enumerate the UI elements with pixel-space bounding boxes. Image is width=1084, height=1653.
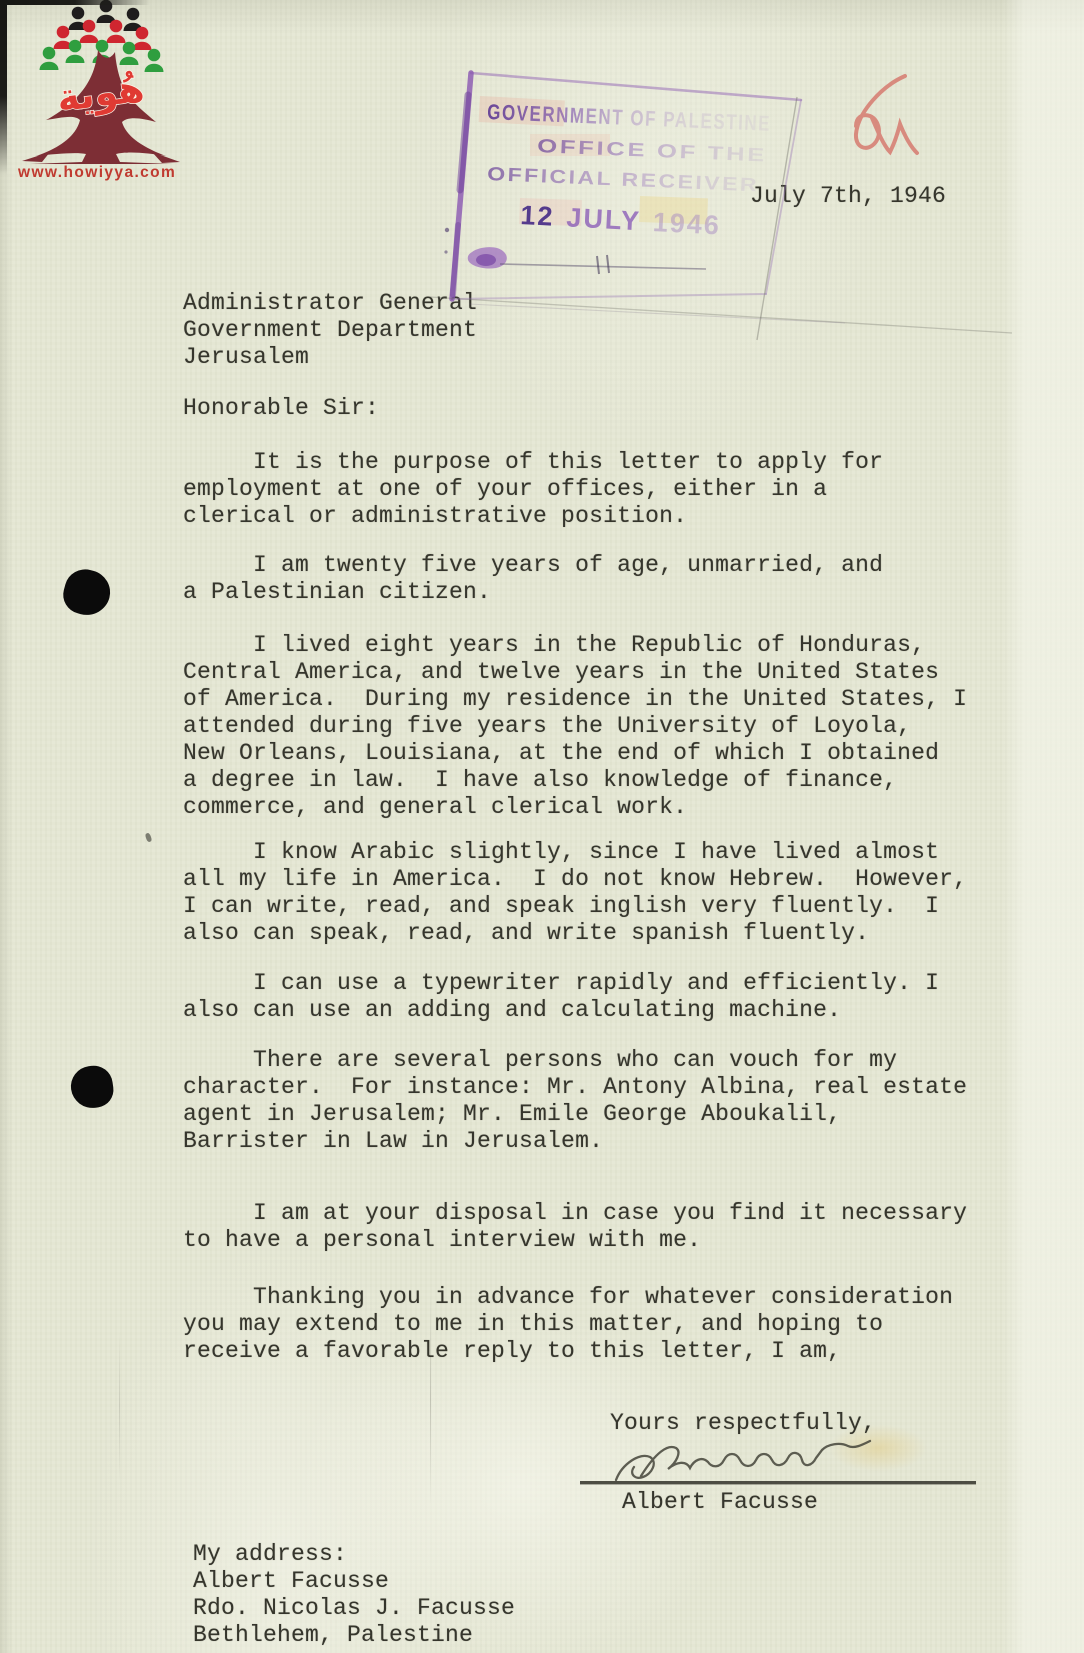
signature-underline (580, 1481, 976, 1484)
paragraph-2: I am twenty five years of age, unmarried… (183, 552, 883, 606)
fold-line-2 (119, 1332, 120, 1482)
signature-script (570, 1435, 990, 1495)
paragraph-8: Thanking you in advance for whatever con… (183, 1284, 953, 1365)
ink-blot-top (59, 565, 115, 620)
scan-edge-top (0, 0, 150, 5)
red-pencil-mark (835, 62, 935, 167)
paragraph-6: There are several persons who can vouch … (183, 1047, 967, 1155)
ink-speck (145, 832, 153, 842)
stamp-date-year: 1946 (652, 207, 722, 241)
stamp-date-month: JULY (566, 202, 642, 236)
paragraph-3: I lived eight years in the Republic of H… (183, 632, 967, 821)
stamp-date-day: 12 (520, 200, 556, 232)
stamp-initials-blob (468, 247, 706, 274)
paragraph-7: I am at your disposal in case you find i… (183, 1200, 967, 1254)
howiyya-logo: هُوية www.howiyya.com (16, 4, 186, 184)
paragraph-5: I can use a typewriter rapidly and effic… (183, 970, 939, 1024)
letter-page: هُوية www.howiyya.com July 7th, 1946 Adm… (0, 0, 1084, 1653)
paragraph-1: It is the purpose of this letter to appl… (183, 449, 883, 530)
stamp-line-3: OFFICIAL RECEIVER (487, 164, 760, 196)
sender-address: My address: Albert Facusse Rdo. Nicolas … (193, 1541, 515, 1649)
scan-edge-left (0, 0, 7, 175)
complimentary-close: Yours respectfully, (610, 1410, 876, 1437)
stamp-line-1: GOVERNMENT OF PALESTINE (487, 100, 772, 136)
official-receiver-stamp: GOVERNMENT OF PALESTINE OFFICE OF THE OF… (420, 55, 1032, 355)
paragraph-4: I know Arabic slightly, since I have liv… (183, 839, 967, 947)
salutation: Honorable Sir: (183, 395, 379, 422)
ink-blot-bottom (68, 1063, 115, 1110)
logo-url-text: www.howiyya.com (17, 164, 176, 181)
stamp-line-2: OFFICE OF THE (537, 136, 768, 167)
